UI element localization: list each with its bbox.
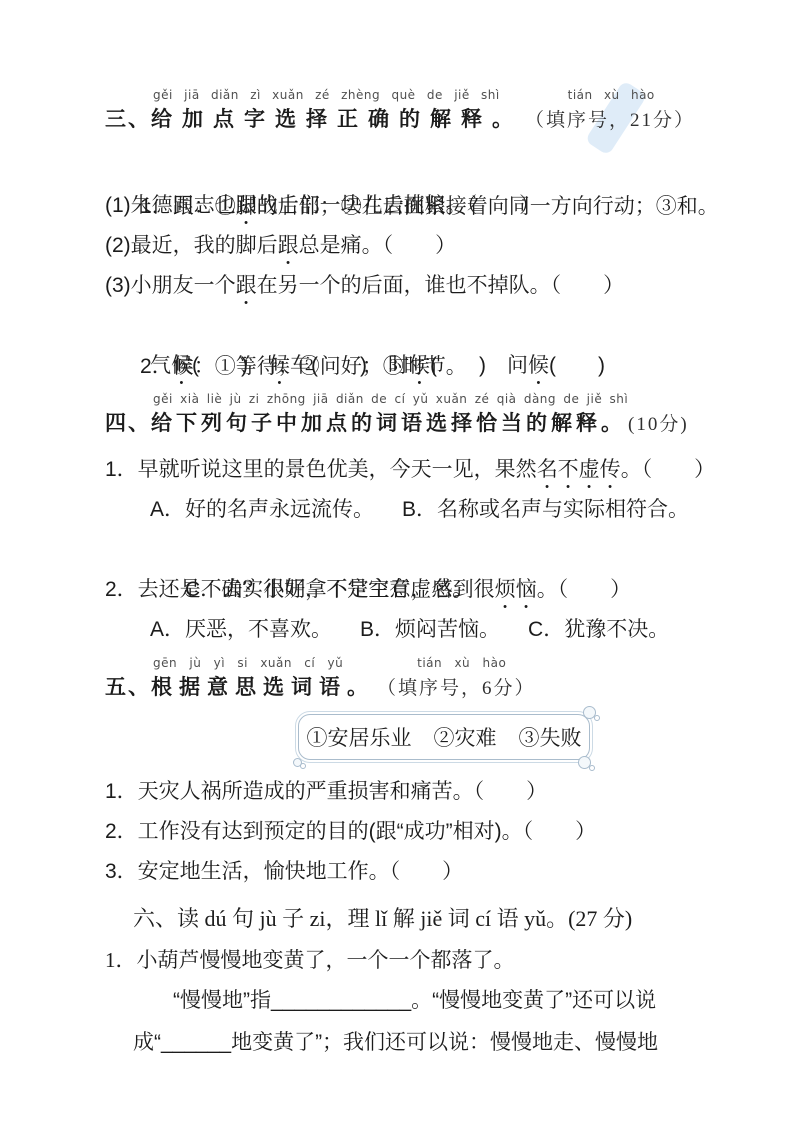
option-c: C．犹豫不决。 — [528, 610, 669, 650]
option-a: A．厌恶，不喜欢。 — [150, 610, 332, 650]
section-title: 给下列句子中加点的词语选择恰当的解释。 — [151, 407, 626, 440]
section-five-pinyin: gēn jù yì si xuǎn cí yǔ tián xù hào — [153, 656, 718, 671]
option-a: A．好的名声永远流传。 — [150, 490, 374, 530]
section-three-pinyin: gěi jiā diǎn zì xuǎn zé zhèng què de jiě… — [153, 88, 718, 103]
word-fill-row: 气候( ) 候车( ) 时候( ) 问候( ) — [150, 346, 718, 386]
section-six-header: 六、读 dú 句 jù 子 zi，理 lǐ 解 jiě 词 cí 语 yǔ。(2… — [133, 898, 718, 940]
word-bank-box: ①安居乐业 ②灾难 ③失败 — [298, 714, 590, 760]
question-stem: 2．候：①等待；②问好；③时节。 — [105, 306, 718, 346]
meaning-item: 3．安定地生活，愉快地工作。（ ） — [105, 852, 718, 892]
corner-ornament-icon — [583, 706, 596, 719]
sub-question: (2)最近，我的脚后跟总是痛。（ ） — [105, 226, 718, 266]
question-stem: 2．去还是不去？小明拿不定主意，感到很烦恼。（ ） — [105, 570, 718, 610]
corner-ornament-icon — [293, 758, 302, 767]
section-four-header: gěi xià liè jù zi zhōng jiā diǎn de cí y… — [105, 392, 718, 440]
section-six: 六、读 dú 句 jù 子 zi，理 lǐ 解 jiě 词 cí 语 yǔ。(2… — [105, 898, 718, 1064]
word-bank-item: ③失败 — [519, 722, 582, 752]
question-stem: 1．小葫芦慢慢地变黄了，一个一个都落了。 — [105, 940, 718, 980]
option-b: B．烦闷苦恼。 — [360, 610, 500, 650]
options-row: A．厌恶，不喜欢。 B．烦闷苦恼。 C．犹豫不决。 — [150, 610, 718, 650]
section-five-header: gēn jù yì si xuǎn cí yǔ tián xù hào 五、 根… — [105, 656, 718, 704]
word-bank-item: ①安居乐业 — [307, 722, 412, 752]
section-three-header: gěi jiā diǎn zì xuǎn zé zhèng què de jiě… — [105, 88, 718, 136]
section-score: （填序号，21分） — [525, 104, 695, 137]
section-four-pinyin: gěi xià liè jù zi zhōng jiā diǎn de cí y… — [153, 392, 718, 407]
section-five-title-line: 五、 根据意思选词语。 （填序号，6分） — [105, 671, 718, 704]
section-score: (10分) — [628, 408, 689, 441]
section-three: gěi jiā diǎn zì xuǎn zé zhèng què de jiě… — [105, 88, 718, 386]
options-row: A．好的名声永远流传。 B．名称或名声与实际相符合。 — [150, 490, 718, 530]
section-score: （填序号，6分） — [377, 672, 536, 705]
section-title: 根据意思选词语。 — [151, 671, 375, 704]
section-number: 三、 — [105, 103, 151, 136]
section-four: gěi xià liè jù zi zhōng jiā diǎn de cí y… — [105, 392, 718, 650]
word-bank-item: ②灾难 — [434, 722, 497, 752]
section-three-title-line: 三、 给加点字选择正确的解释。 （填序号，21分） — [105, 103, 718, 136]
option-b: B．名称或名声与实际相符合。 — [402, 490, 689, 530]
question-stem: 1．早就听说这里的景色优美，今天一见，果然名不虚传。（ ） — [105, 450, 718, 490]
section-title: 给加点字选择正确的解释。 — [151, 103, 523, 136]
word-bank: ①安居乐业 ②灾难 ③失败 — [298, 714, 590, 760]
sub-question: (3)小朋友一个跟在另一个的后面，谁也不掉队。（ ） — [105, 266, 718, 306]
section-four-title-line: 四、 给下列句子中加点的词语选择恰当的解释。 (10分) — [105, 407, 718, 440]
section-number: 五、 — [105, 671, 151, 704]
section-five: gēn jù yì si xuǎn cí yǔ tián xù hào 五、 根… — [105, 656, 718, 892]
meaning-item: 2．工作没有达到预定的目的(跟“成功”相对)。（ ） — [105, 812, 718, 852]
section-number: 四、 — [105, 407, 151, 440]
options-row: C．确实很好，不是空有虚名。 — [150, 530, 718, 570]
corner-ornament-icon — [578, 756, 591, 769]
fill-blank-line: “慢慢地”指____________。“慢慢地变黄了”还可以说 — [173, 980, 718, 1022]
worksheet-page: gěi jiā diǎn zì xuǎn zé zhèng què de jiě… — [0, 0, 793, 1122]
question-stem: 1．跟：①脚的后部；②在后面紧接着向同一方向行动；③和。 — [105, 146, 718, 186]
meaning-item: 1．天灾人祸所造成的严重损害和痛苦。（ ） — [105, 772, 718, 812]
fill-blank-line: 成“______地变黄了”；我们还可以说：慢慢地走、慢慢地 — [133, 1022, 718, 1064]
